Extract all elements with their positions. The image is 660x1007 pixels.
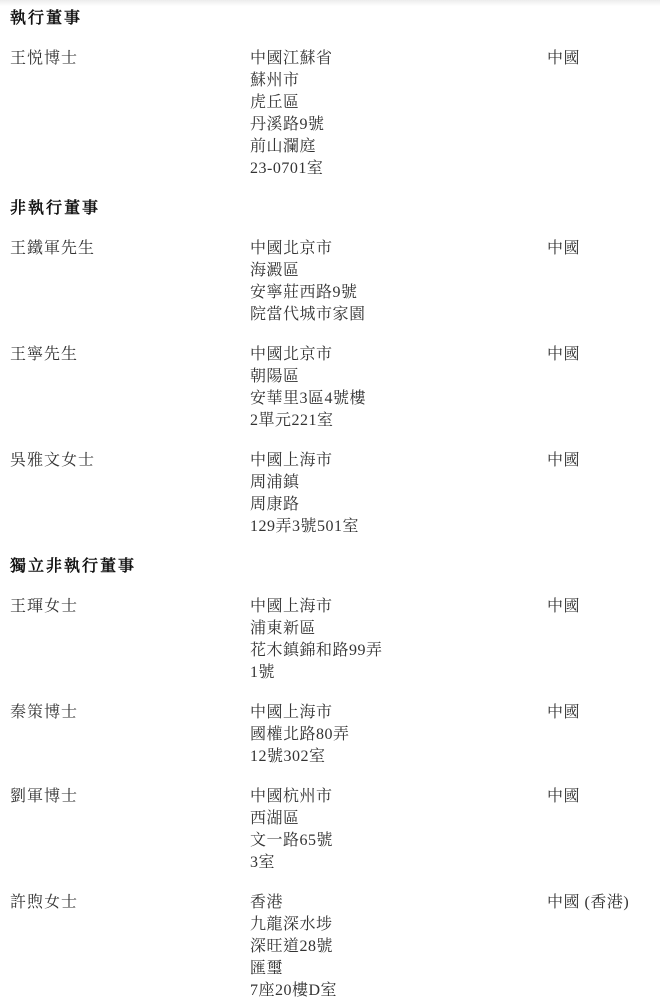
document-page: 執行董事 王悦博士 中國江蘇省 蘇州市 虎丘區 丹溪路9號 前山瀾庭 23-07… xyxy=(0,0,660,1002)
address-line: 國權北路80弄 xyxy=(250,724,547,746)
director-nationality: 中國 xyxy=(547,238,646,260)
address-line: 安寧莊西路9號 xyxy=(250,282,547,304)
director-address: 中國江蘇省 蘇州市 虎丘區 丹溪路9號 前山瀾庭 23-0701室 xyxy=(250,48,547,180)
address-line: 7座20樓D室 xyxy=(250,980,547,1002)
director-nationality: 中國 xyxy=(547,344,646,366)
address-line: 中國上海市 xyxy=(250,596,547,618)
director-nationality: 中國 xyxy=(547,702,646,724)
address-line: 花木鎮錦和路99弄 xyxy=(250,640,547,662)
address-line: 中國江蘇省 xyxy=(250,48,547,70)
address-line: 虎丘區 xyxy=(250,92,547,114)
address-line: 浦東新區 xyxy=(250,618,547,640)
address-line: 朝陽區 xyxy=(250,366,547,388)
address-line: 3室 xyxy=(250,852,547,874)
director-nationality: 中國 xyxy=(547,450,646,472)
address-line: 中國北京市 xyxy=(250,344,547,366)
section-independent-non-executive-directors: 獨立非執行董事 王琿女士 中國上海市 浦東新區 花木鎮錦和路99弄 1號 中國 … xyxy=(10,556,646,1002)
director-row: 王鐵軍先生 中國北京市 海澱區 安寧莊西路9號 院當代城市家園 中國 xyxy=(10,238,646,326)
director-row: 許煦女士 香港 九龍深水埗 深旺道28號 匯璽 7座20樓D室 中國 (香港) xyxy=(10,892,646,1002)
address-line: 香港 xyxy=(250,892,547,914)
director-name: 王寧先生 xyxy=(10,344,250,366)
address-line: 海澱區 xyxy=(250,260,547,282)
director-name: 許煦女士 xyxy=(10,892,250,914)
director-name: 王悦博士 xyxy=(10,48,250,70)
address-line: 深旺道28號 xyxy=(250,936,547,958)
address-line: 1號 xyxy=(250,662,547,684)
address-line: 中國上海市 xyxy=(250,702,547,724)
director-address: 中國上海市 國權北路80弄 12號302室 xyxy=(250,702,547,768)
director-row: 秦策博士 中國上海市 國權北路80弄 12號302室 中國 xyxy=(10,702,646,768)
address-line: 中國杭州市 xyxy=(250,786,547,808)
address-line: 中國上海市 xyxy=(250,450,547,472)
director-row: 王寧先生 中國北京市 朝陽區 安華里3區4號樓 2單元221室 中國 xyxy=(10,344,646,432)
address-line: 129弄3號501室 xyxy=(250,516,547,538)
address-line: 匯璽 xyxy=(250,958,547,980)
director-nationality: 中國 xyxy=(547,596,646,618)
section-heading-non-executive-directors: 非執行董事 xyxy=(10,198,646,220)
address-line: 蘇州市 xyxy=(250,70,547,92)
address-line: 九龍深水埗 xyxy=(250,914,547,936)
address-line: 周康路 xyxy=(250,494,547,516)
director-address: 香港 九龍深水埗 深旺道28號 匯璽 7座20樓D室 xyxy=(250,892,547,1002)
address-line: 西湖區 xyxy=(250,808,547,830)
section-heading-independent-non-executive-directors: 獨立非執行董事 xyxy=(10,556,646,578)
address-line: 2單元221室 xyxy=(250,410,547,432)
director-nationality: 中國 (香港) xyxy=(547,892,646,914)
address-line: 12號302室 xyxy=(250,746,547,768)
director-name: 劉軍博士 xyxy=(10,786,250,808)
address-line: 院當代城市家園 xyxy=(250,304,547,326)
director-name: 秦策博士 xyxy=(10,702,250,724)
director-nationality: 中國 xyxy=(547,786,646,808)
director-row: 劉軍博士 中國杭州市 西湖區 文一路65號 3室 中國 xyxy=(10,786,646,874)
director-row: 王悦博士 中國江蘇省 蘇州市 虎丘區 丹溪路9號 前山瀾庭 23-0701室 中… xyxy=(10,48,646,180)
director-row: 王琿女士 中國上海市 浦東新區 花木鎮錦和路99弄 1號 中國 xyxy=(10,596,646,684)
director-address: 中國北京市 海澱區 安寧莊西路9號 院當代城市家園 xyxy=(250,238,547,326)
address-line: 丹溪路9號 xyxy=(250,114,547,136)
director-address: 中國北京市 朝陽區 安華里3區4號樓 2單元221室 xyxy=(250,344,547,432)
address-line: 前山瀾庭 xyxy=(250,136,547,158)
director-name: 吳雅文女士 xyxy=(10,450,250,472)
section-non-executive-directors: 非執行董事 王鐵軍先生 中國北京市 海澱區 安寧莊西路9號 院當代城市家園 中國… xyxy=(10,198,646,538)
director-name: 王琿女士 xyxy=(10,596,250,618)
address-line: 中國北京市 xyxy=(250,238,547,260)
address-line: 周浦鎮 xyxy=(250,472,547,494)
address-line: 23-0701室 xyxy=(250,158,547,180)
address-line: 文一路65號 xyxy=(250,830,547,852)
address-line: 安華里3區4號樓 xyxy=(250,388,547,410)
director-nationality: 中國 xyxy=(547,48,646,70)
director-address: 中國上海市 浦東新區 花木鎮錦和路99弄 1號 xyxy=(250,596,547,684)
director-address: 中國上海市 周浦鎮 周康路 129弄3號501室 xyxy=(250,450,547,538)
director-address: 中國杭州市 西湖區 文一路65號 3室 xyxy=(250,786,547,874)
section-heading-executive-directors: 執行董事 xyxy=(10,8,646,30)
director-name: 王鐵軍先生 xyxy=(10,238,250,260)
director-row: 吳雅文女士 中國上海市 周浦鎮 周康路 129弄3號501室 中國 xyxy=(10,450,646,538)
section-executive-directors: 執行董事 王悦博士 中國江蘇省 蘇州市 虎丘區 丹溪路9號 前山瀾庭 23-07… xyxy=(10,8,646,180)
